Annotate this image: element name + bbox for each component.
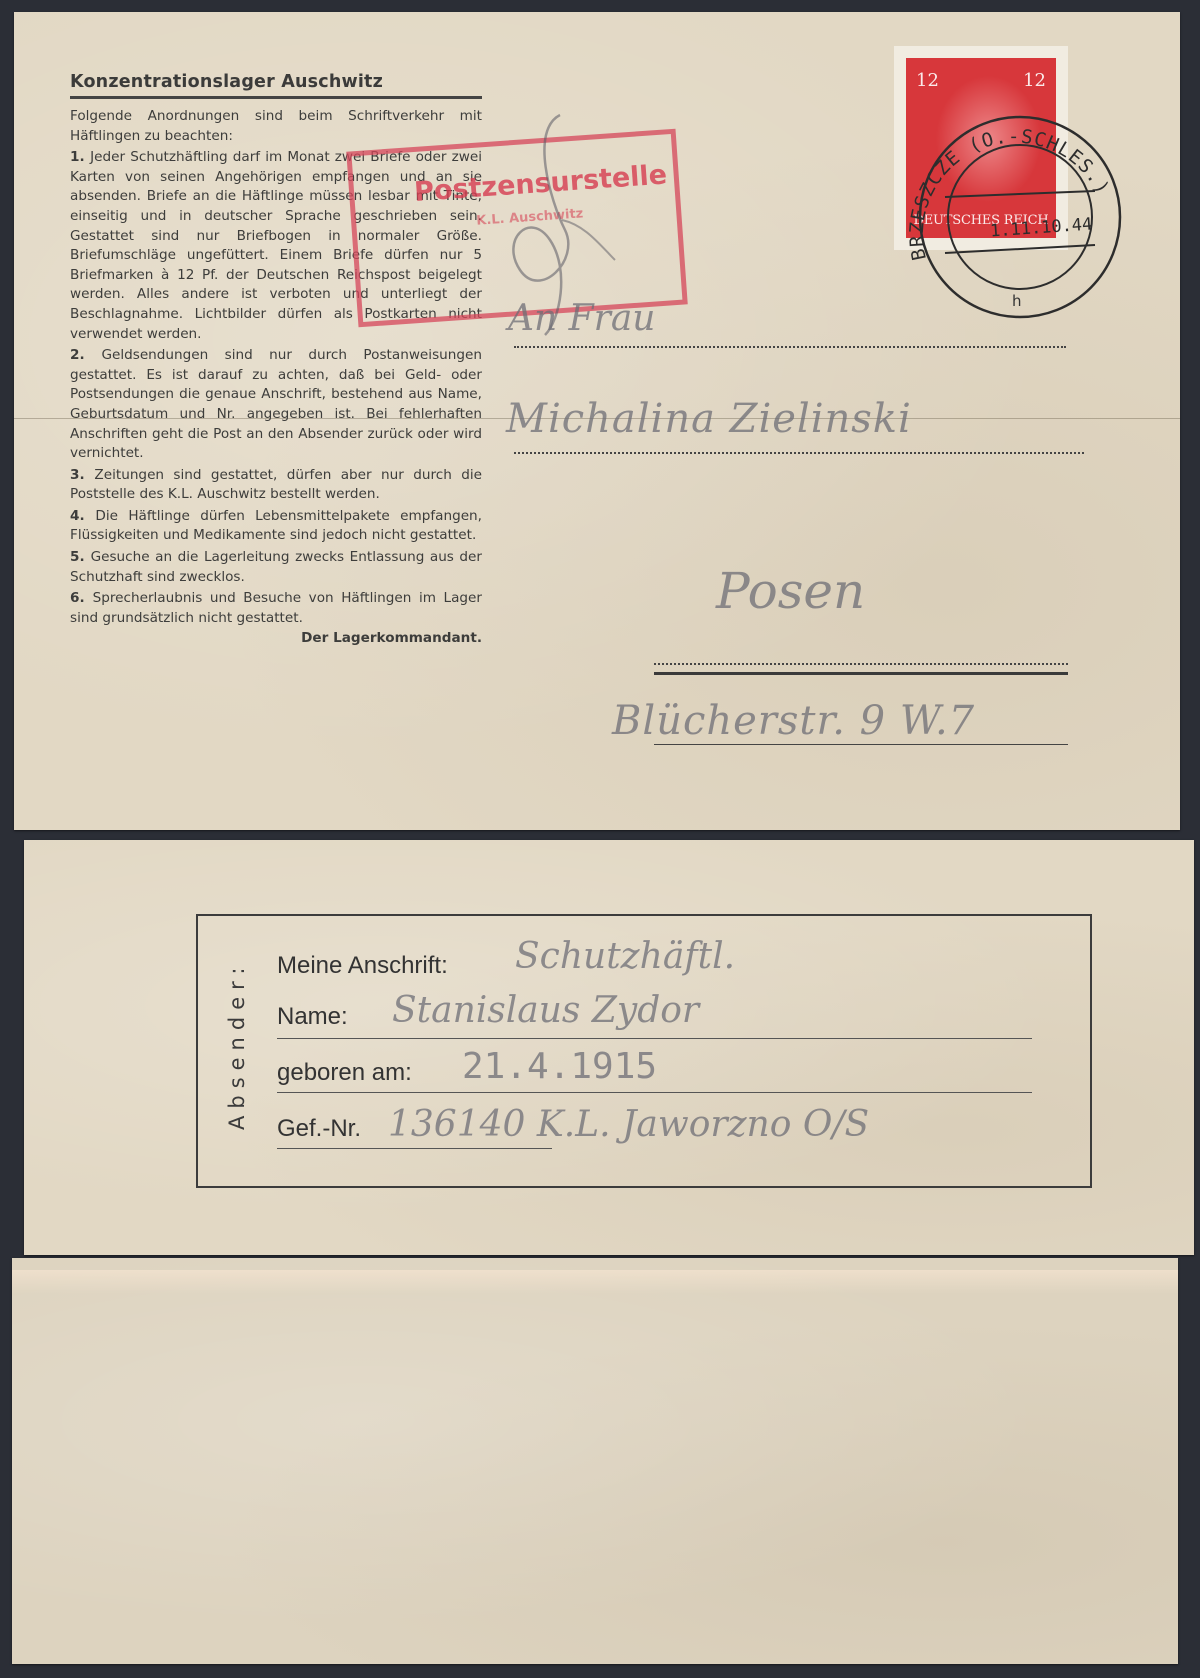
regulation-number: 6. (70, 590, 93, 606)
regulations-intro: Folgende Anordnungen sind beim Schriftve… (70, 107, 482, 146)
regulation-item: 4. Die Häftlinge dürfen Lebensmittelpake… (70, 507, 482, 546)
address-line (654, 663, 1068, 665)
sender-name-value: Stanislaus Zydor (392, 990, 699, 1031)
recipient-city: Posen (716, 562, 865, 620)
regulation-text: Gesuche an die Lagerleitung zwecks Entla… (70, 549, 482, 585)
sender-birthdate-label: geboren am: (277, 1059, 412, 1087)
sender-name-rule (277, 1038, 1032, 1039)
regulation-number: 1. (70, 149, 90, 165)
regulation-item: 2. Geldsendungen sind nur durch Postanwe… (70, 346, 482, 464)
address-line (654, 744, 1068, 745)
postmark-letter: h (1012, 292, 1022, 310)
regulations-signature: Der Lagerkommandant. (70, 630, 482, 646)
stamp-value: 12 (1023, 70, 1046, 91)
recipient-name: Michalina Zielinski (506, 396, 912, 442)
regulation-item: 5. Gesuche an die Lagerleitung zwecks En… (70, 548, 482, 587)
regulation-number: 4. (70, 508, 95, 524)
address-rule (654, 672, 1068, 675)
recipient-street: Blücherstr. 9 W.7 (612, 698, 975, 744)
sender-birthdate-rule (277, 1092, 1032, 1093)
stamp-value: 12 (916, 70, 939, 91)
regulation-item: 3. Zeitungen sind gestattet, dürfen aber… (70, 466, 482, 505)
sender-name-label: Name: (277, 1003, 348, 1031)
address-line (514, 346, 1066, 348)
regulation-number: 3. (70, 467, 94, 483)
regulation-text: Die Häftlinge dürfen Lebensmittelpakete … (70, 508, 482, 544)
regulation-text: Geldsendungen sind nur durch Postanweisu… (70, 347, 482, 461)
sender-vertical-label: Absender: (225, 961, 249, 1130)
regulation-number: 5. (70, 549, 91, 565)
sender-prisoner-number-rule (277, 1148, 552, 1149)
regulation-number: 2. (70, 347, 101, 363)
sender-birthdate-value: 21.4.1915 (462, 1046, 657, 1087)
sender-prisoner-number-label: Gef.-Nr. (277, 1115, 361, 1143)
sender-address-label: Meine Anschrift: (277, 952, 448, 980)
regulation-text: Zeitungen sind gestattet, dürfen aber nu… (70, 467, 482, 503)
recipient-salutation: An Frau (508, 298, 655, 339)
regulation-text: Sprecherlaubnis und Besuche von Häftling… (70, 590, 482, 626)
sender-prisoner-number-value: 136140 K.L. Jaworzno O/S (388, 1104, 869, 1145)
regulation-item: 6. Sprecherlaubnis und Besuche von Häftl… (70, 589, 482, 628)
regulations-title: Konzentrationslager Auschwitz (70, 72, 482, 99)
fold-crease (12, 1270, 1178, 1294)
letter-back-panel (12, 1258, 1178, 1664)
sender-address-value: Schutzhäftl. (515, 936, 735, 977)
address-line (514, 452, 1084, 454)
